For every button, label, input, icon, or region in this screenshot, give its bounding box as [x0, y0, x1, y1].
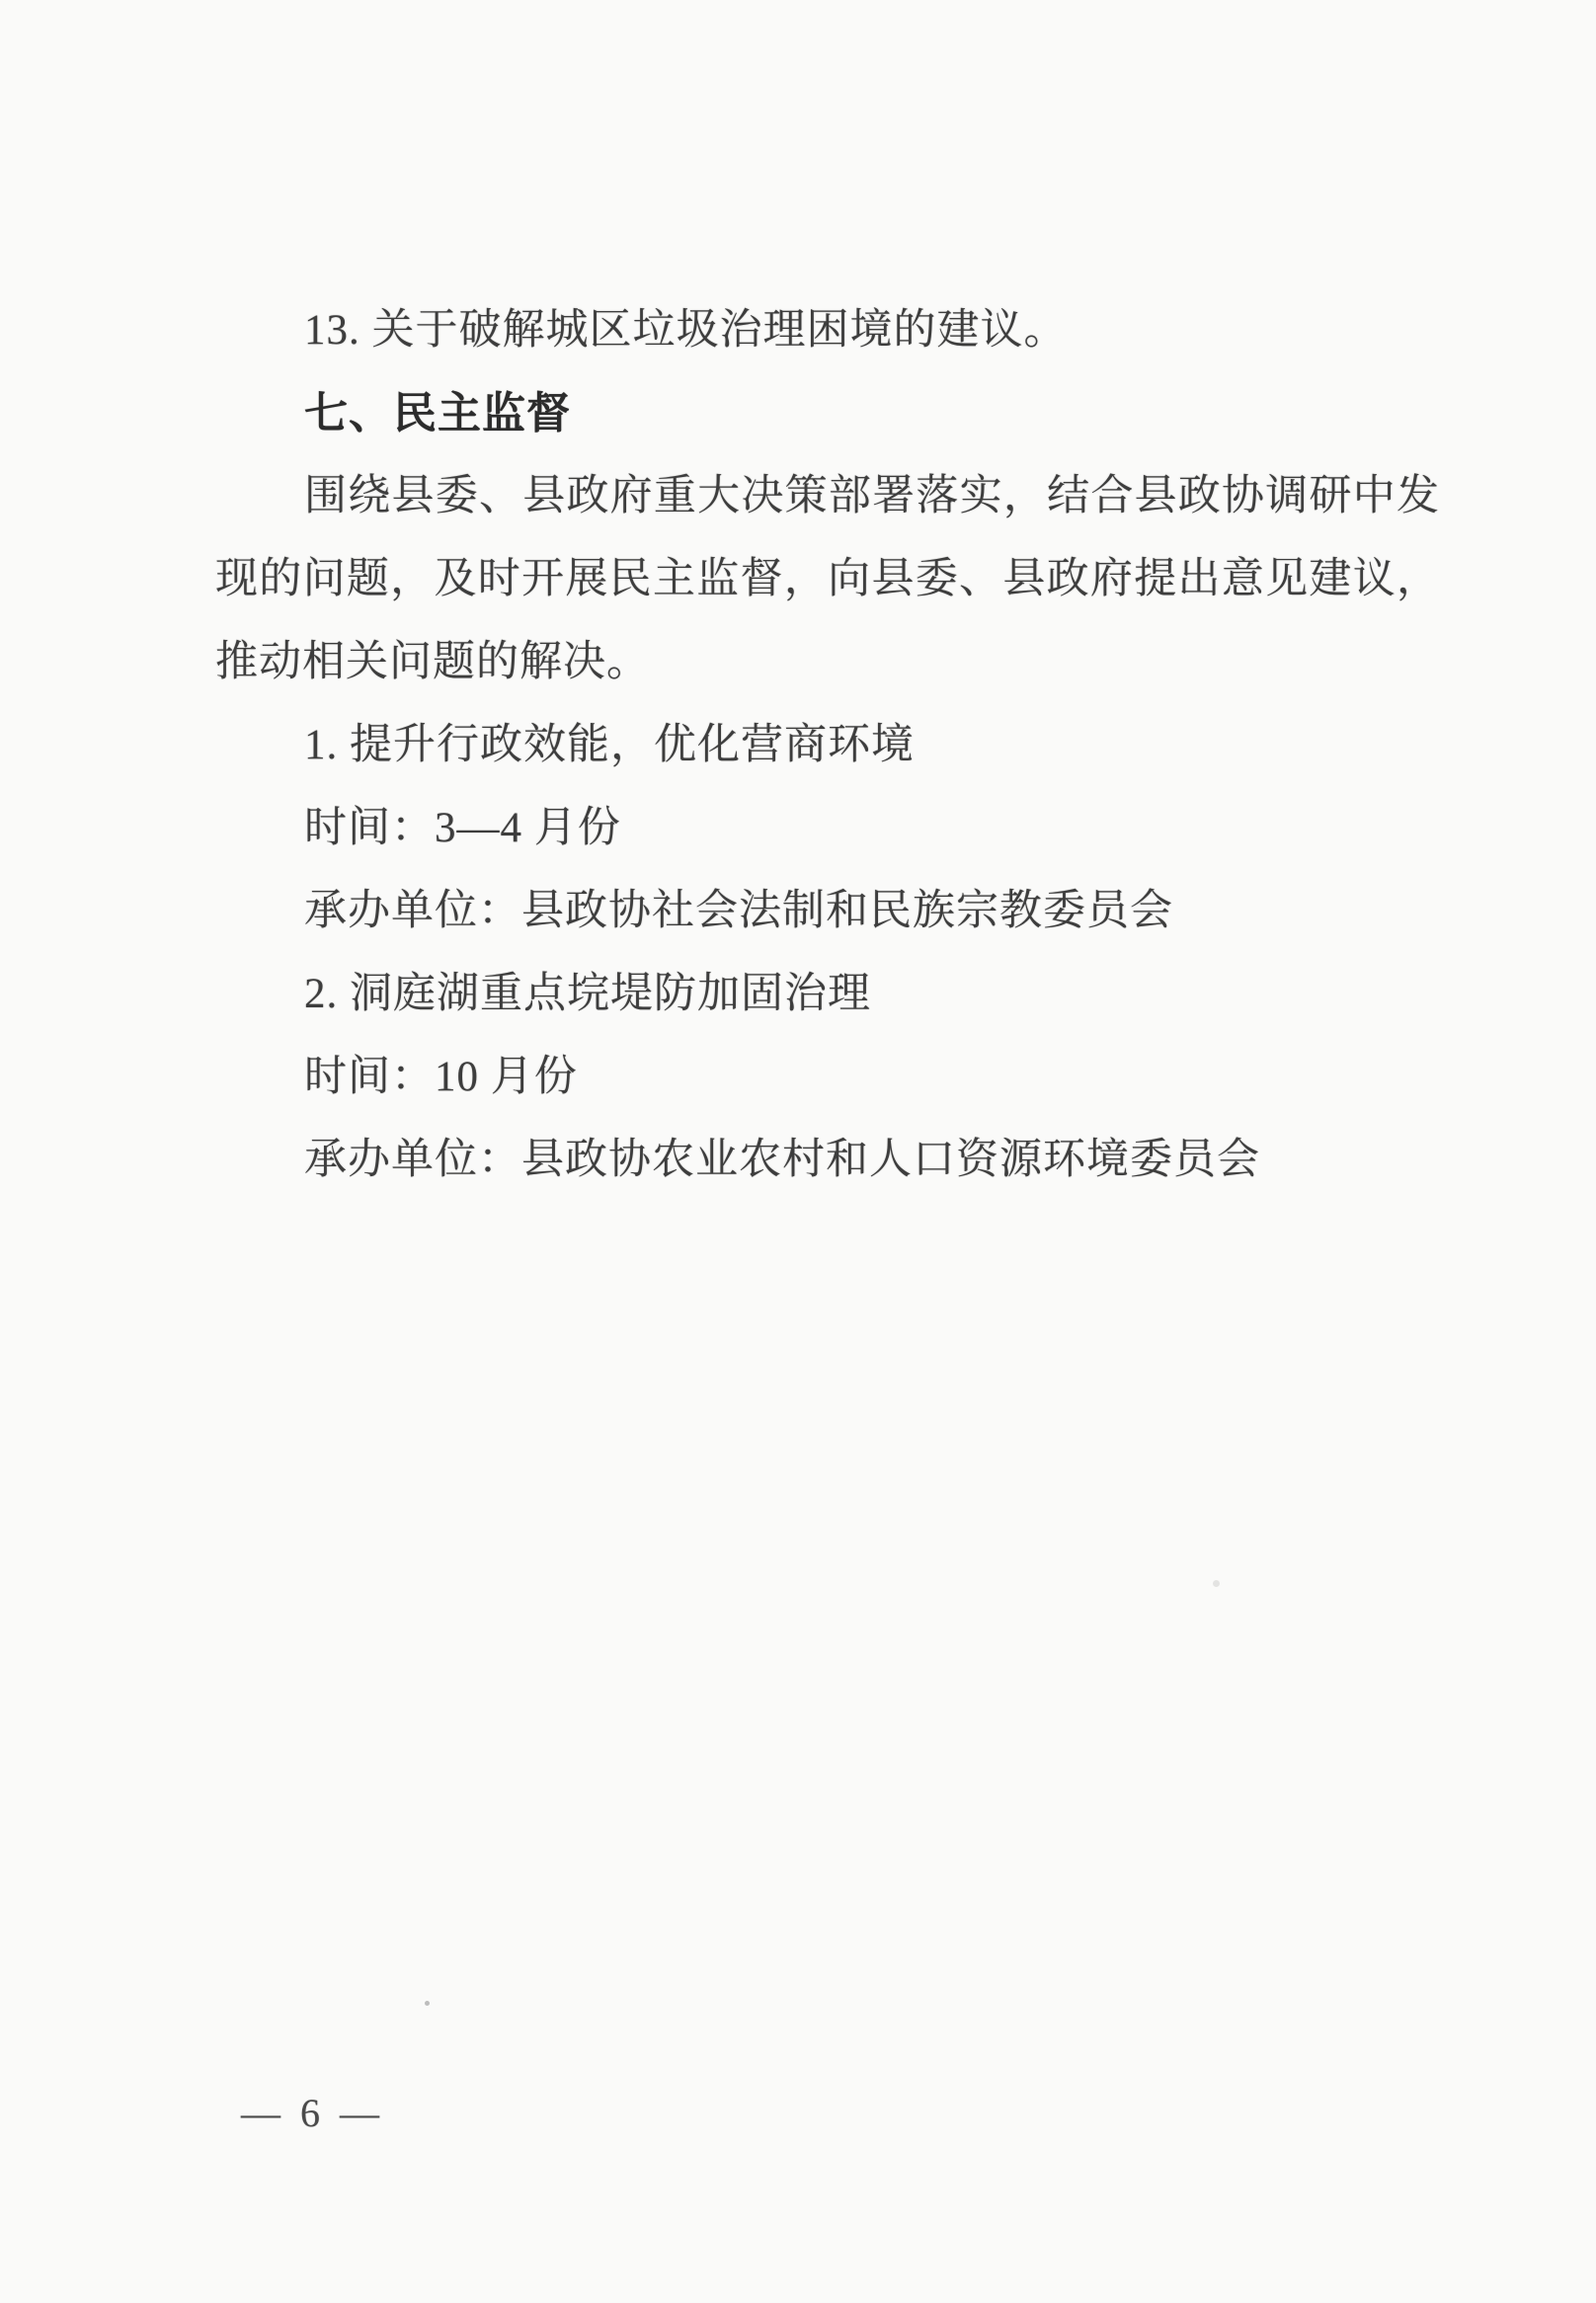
proposal-item-13: 13. 关于破解城区垃圾治理困境的建议。	[215, 289, 1440, 372]
paragraph-line-2: 现的问题，及时开展民主监督，向县委、县政府提出意见建议，	[215, 538, 1440, 621]
page-number: — 6 —	[241, 2086, 384, 2141]
supervision-item-1-title: 1. 提升行政效能，优化营商环境	[215, 704, 1440, 787]
document-body: 13. 关于破解城区垃圾治理困境的建议。 七、民主监督 围绕县委、县政府重大决策…	[215, 289, 1440, 1202]
paragraph-line-3: 推动相关问题的解决。	[215, 621, 1440, 704]
scan-speck-1	[1213, 1580, 1220, 1587]
supervision-item-2-time: 时间：10 月份	[215, 1036, 1440, 1119]
supervision-item-2-title: 2. 洞庭湖重点垸堤防加固治理	[215, 953, 1440, 1036]
supervision-item-1-time: 时间：3—4 月份	[215, 787, 1440, 870]
paragraph-line-1: 围绕县委、县政府重大决策部署落实，结合县政协调研中发	[215, 455, 1440, 538]
supervision-item-1-organizer: 承办单位：县政协社会法制和民族宗教委员会	[215, 870, 1440, 953]
scan-speck-2	[425, 2001, 430, 2006]
supervision-item-2-organizer: 承办单位：县政协农业农村和人口资源环境委员会	[215, 1119, 1440, 1202]
document-page: 13. 关于破解城区垃圾治理困境的建议。 七、民主监督 围绕县委、县政府重大决策…	[0, 0, 1596, 2303]
section-heading-democratic-supervision: 七、民主监督	[215, 372, 1440, 455]
